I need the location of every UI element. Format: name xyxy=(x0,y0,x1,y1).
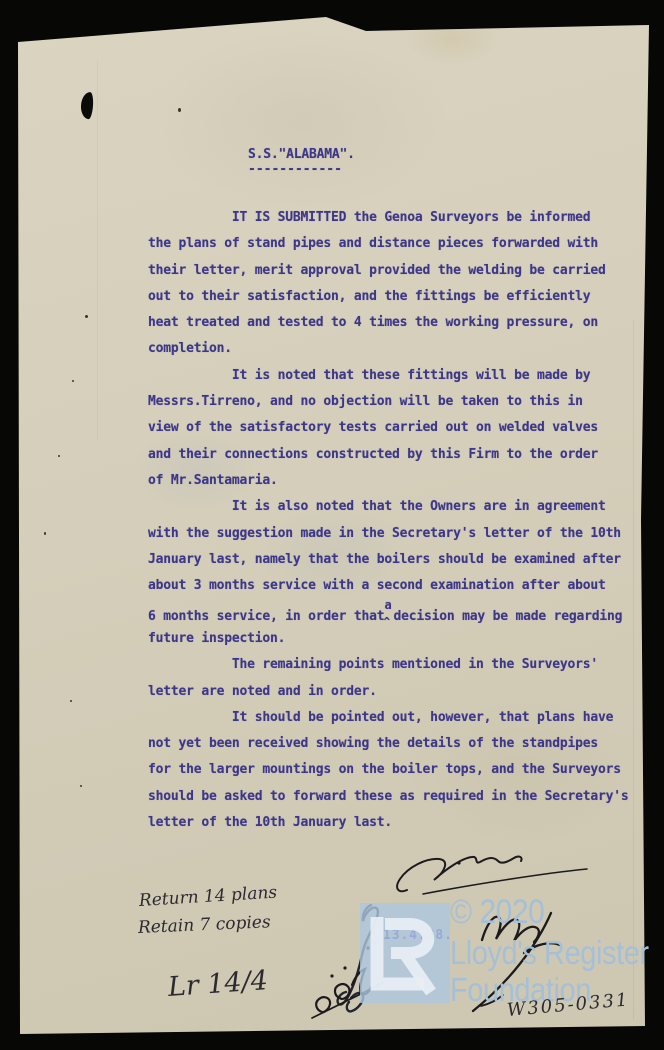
paper-speck xyxy=(85,315,88,318)
paper-crease xyxy=(633,320,634,1020)
paper-speck xyxy=(70,700,72,702)
punch-hole xyxy=(80,92,94,120)
typed-insertion: a^ xyxy=(384,604,393,624)
paper-speck xyxy=(72,380,74,382)
letter-title-underline: ------------ xyxy=(248,157,342,183)
signature-top xyxy=(397,857,587,894)
paper-speck xyxy=(80,785,82,787)
insertion-pre-text: 6 months service, in order that xyxy=(148,609,384,624)
paper-speck xyxy=(58,455,60,457)
paper-speck xyxy=(178,108,181,112)
signature-sod xyxy=(312,966,383,1018)
handwritten-note-retain-copies: Retain 7 copies xyxy=(138,912,271,938)
document-scan: S.S."ALABAMA". ------------ IT IS SUBMIT… xyxy=(0,0,664,1050)
letter-body-lower: future inspection. The remaining points … xyxy=(148,626,628,836)
letter-paper: S.S."ALABAMA". ------------ IT IS SUBMIT… xyxy=(0,0,664,1050)
paper-speck xyxy=(44,532,46,535)
handwritten-note-return-plans: Return 14 plans xyxy=(138,883,277,911)
signature-monogram xyxy=(338,905,378,1011)
date-stamp: 13.4.38. xyxy=(383,928,453,943)
paper-crease xyxy=(97,60,98,440)
handwritten-docket-initials: Lr 14/4 xyxy=(167,965,269,1003)
letter-body-upper: IT IS SUBMITTED the Genoa Surveyors be i… xyxy=(148,205,621,599)
insertion-post-text: decision may be made regarding xyxy=(393,609,622,624)
